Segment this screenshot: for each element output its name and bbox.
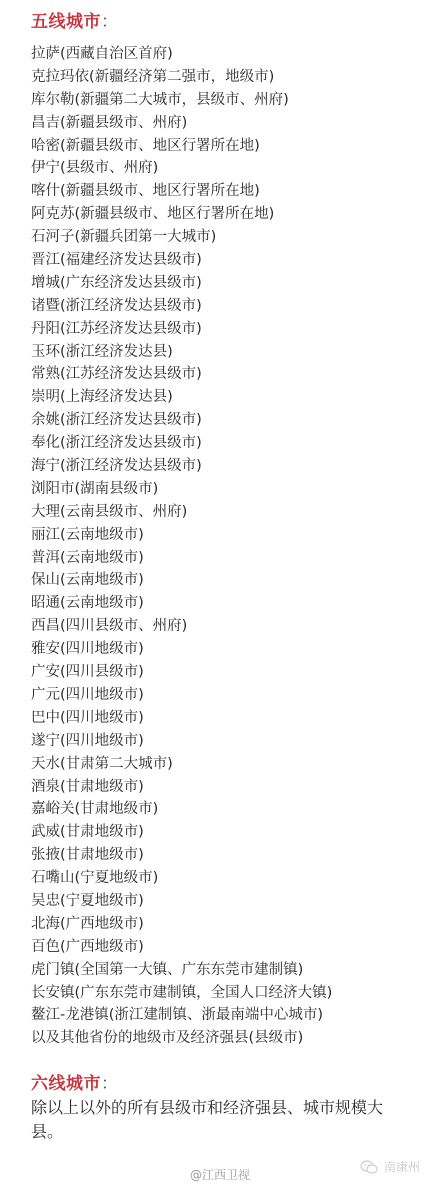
city-list-item: 昭通(云南地级市) [31, 592, 332, 615]
city-list-item: 长安镇(广东东莞市建制镇，全国人口经济大镇) [31, 982, 332, 1005]
city-list-item: 崇明(上海经济发达县) [31, 386, 332, 409]
city-list-item: 玉环(浙江经济发达县) [31, 341, 332, 364]
city-list-item: 虎门镇(全国第一大镇、广东东莞市建制镇) [31, 959, 332, 982]
tier5-city-list: 拉萨(西藏自治区首府)克拉玛依(新疆经济第二强市，地级市)库尔勒(新疆第二大城市… [31, 43, 332, 1050]
city-list-item: 大理(云南县级市、州府) [31, 501, 332, 524]
tier5-title: 五线城市 [31, 12, 101, 32]
city-list-item: 石嘴山(宁夏地级市) [31, 867, 332, 890]
city-list-item: 普洱(云南地级市) [31, 547, 332, 570]
city-list-item: 库尔勒(新疆第二大城市，县级市、州府) [31, 89, 332, 112]
city-list-item: 百色(广西地级市) [31, 936, 332, 959]
city-list-item: 西昌(四川县级市、州府) [31, 615, 332, 638]
city-list-item: 张掖(甘肃地级市) [31, 844, 332, 867]
city-list-item: 广安(四川县级市) [31, 661, 332, 684]
city-list-item: 吴忠(宁夏地级市) [31, 890, 332, 913]
city-list-item: 巴中(四川地级市) [31, 707, 332, 730]
city-list-item: 石河子(新疆兵团第一大城市) [31, 226, 332, 249]
tier6-heading: 六线城市： [31, 1073, 119, 1095]
city-list-item: 保山(云南地级市) [31, 569, 332, 592]
city-list-item: 浏阳市(湖南县级市) [31, 478, 332, 501]
city-list-item: 雅安(四川地级市) [31, 638, 332, 661]
city-list-item: 昌吉(新疆县级市、州府) [31, 112, 332, 135]
city-list-item: 海宁(浙江经济发达县级市) [31, 455, 332, 478]
city-list-item: 晋江(福建经济发达县级市) [31, 249, 332, 272]
tier5-heading: 五线城市： [31, 11, 119, 33]
city-list-item: 天水(甘肃第二大城市) [31, 753, 332, 776]
weibo-watermark: @江西卫视 [190, 1166, 250, 1183]
city-list-item: 哈密(新疆县级市、地区行署所在地) [31, 135, 332, 158]
city-list-item: 伊宁(县级市、州府) [31, 157, 332, 180]
city-list-item: 遂宁(四川地级市) [31, 730, 332, 753]
city-list-item: 克拉玛依(新疆经济第二强市，地级市) [31, 66, 332, 89]
city-list-item: 广元(四川地级市) [31, 684, 332, 707]
city-list-item: 奉化(浙江经济发达县级市) [31, 432, 332, 455]
tier6-description: 除以上以外的所有县级市和经济强县、城市规模大县。 [31, 1096, 406, 1144]
city-list-item: 增城(广东经济发达县级市) [31, 272, 332, 295]
tier5-colon: ： [101, 12, 119, 32]
city-list-item: 拉萨(西藏自治区首府) [31, 43, 332, 66]
city-list-item: 丹阳(江苏经济发达县级市) [31, 318, 332, 341]
tier6-colon: ： [101, 1074, 119, 1094]
city-list-item: 常熟(江苏经济发达县级市) [31, 363, 332, 386]
city-list-item: 阿克苏(新疆县级市、地区行署所在地) [31, 203, 332, 226]
city-list-item: 丽江(云南地级市) [31, 524, 332, 547]
city-list-item: 余姚(浙江经济发达县级市) [31, 409, 332, 432]
wechat-watermark: 南康州 [360, 1158, 420, 1175]
tier6-title: 六线城市 [31, 1074, 101, 1094]
wechat-account-name: 南康州 [384, 1158, 420, 1175]
city-list-item: 武威(甘肃地级市) [31, 821, 332, 844]
city-list-item: 喀什(新疆县级市、地区行署所在地) [31, 180, 332, 203]
wechat-icon [360, 1160, 378, 1174]
city-list-item: 酒泉(甘肃地级市) [31, 776, 332, 799]
city-list-item: 以及其他省份的地级市及经济强县(县级市) [31, 1027, 332, 1050]
city-list-item: 嘉峪关(甘肃地级市) [31, 798, 332, 821]
city-list-item: 北海(广西地级市) [31, 913, 332, 936]
city-list-item: 诸暨(浙江经济发达县级市) [31, 295, 332, 318]
city-list-item: 鳌江-龙港镇(浙江建制镇、浙最南端中心城市) [31, 1004, 332, 1027]
